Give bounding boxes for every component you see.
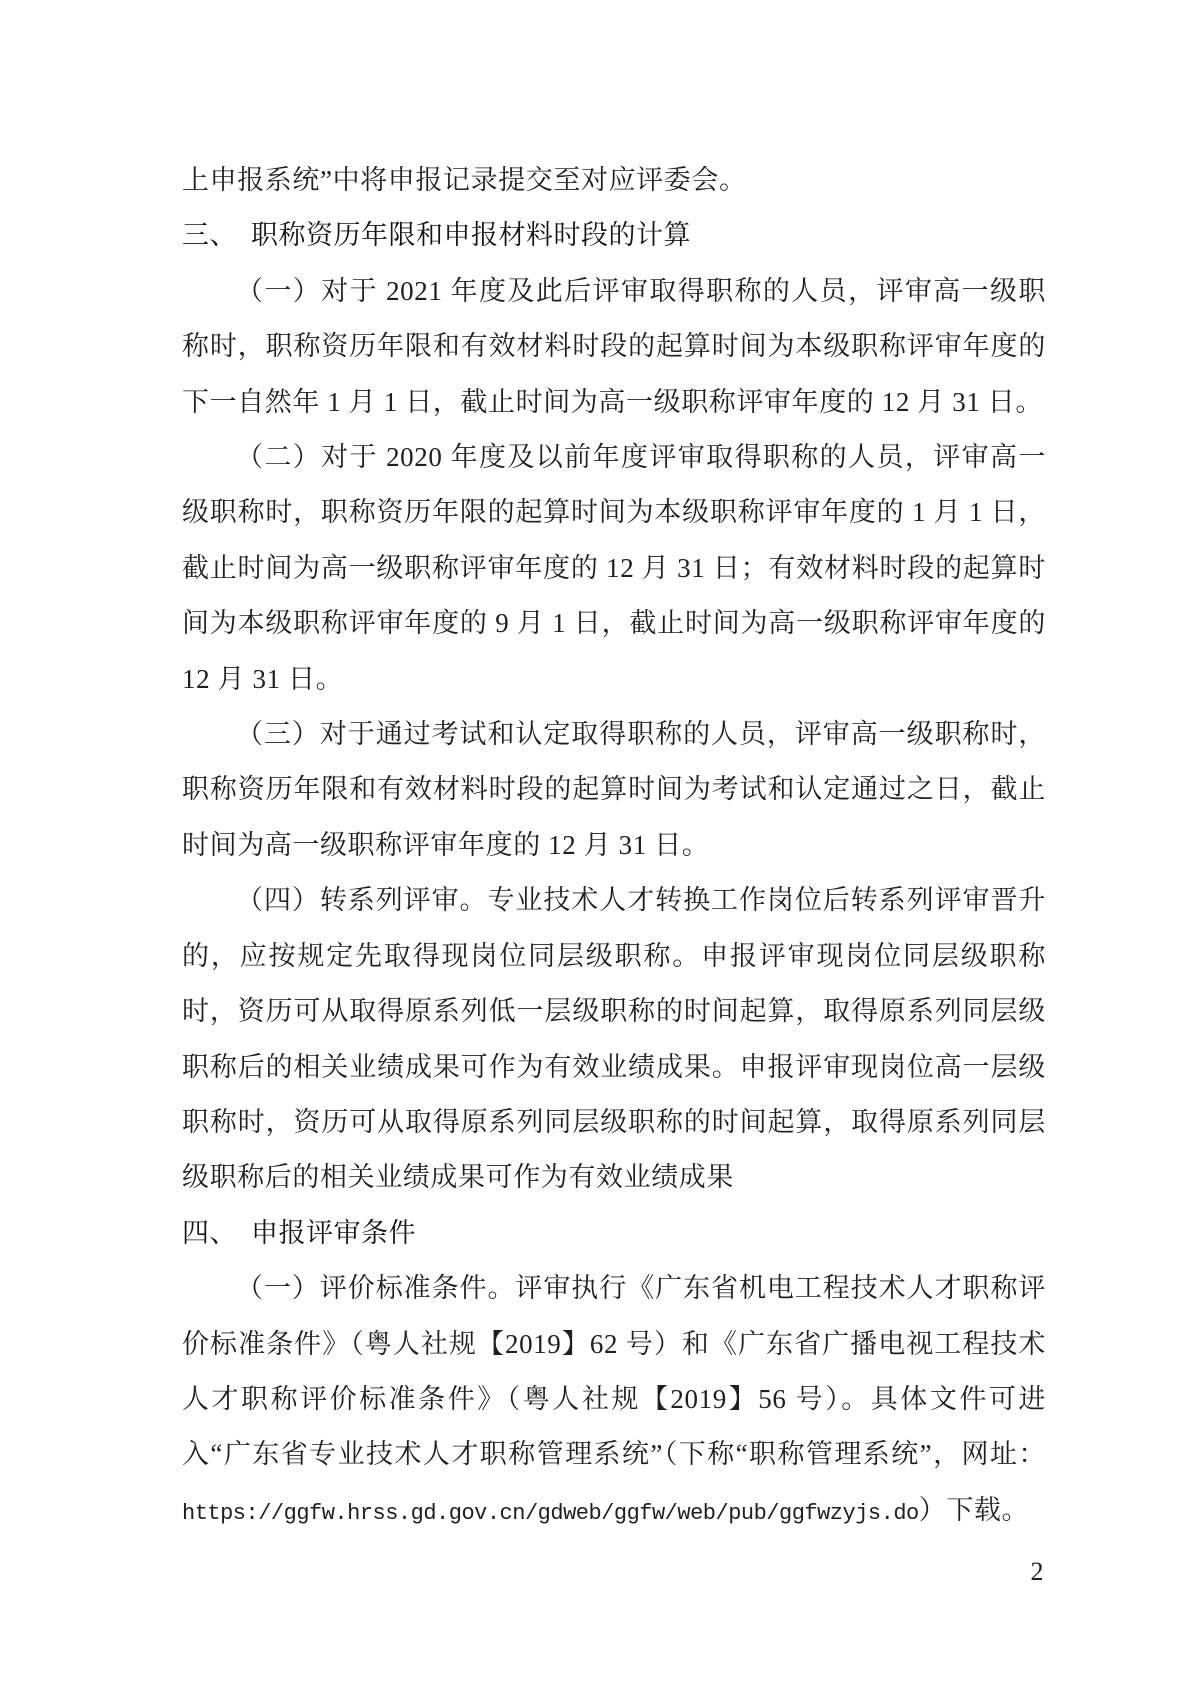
document-page: 上申报系统”中将申报记录提交至对应评委会。 三、 职称资历年限和申报材料时段的计…	[0, 0, 1190, 1683]
paragraph-continuation: 上申报系统”中将申报记录提交至对应评委会。	[182, 153, 1046, 208]
section-heading-four: 四、 申报评审条件	[182, 1206, 1046, 1261]
paragraph-text-after-url: ）下载。	[919, 1495, 1029, 1525]
paragraph-text-before-url: （一）评价标准条件。评审执行《广东省机电工程技术人才职称评价标准条件》（粤人社规…	[182, 1273, 1046, 1469]
paragraph-section3-item3: （三）对于通过考试和认定取得职称的人员，评审高一级职称时，职称资历年限和有效材料…	[182, 707, 1046, 873]
section-heading-three: 三、 职称资历年限和申报材料时段的计算	[182, 208, 1046, 263]
url-text: https://ggfw.hrss.gd.gov.cn/gdweb/ggfw/w…	[182, 1501, 919, 1526]
page-number: 2	[1022, 1552, 1052, 1592]
paragraph-section3-item2: （二）对于 2020 年度及以前年度评审取得职称的人员，评审高一级职称时，职称资…	[182, 430, 1046, 707]
paragraph-section3-item1: （一）对于 2021 年度及此后评审取得职称的人员，评审高一级职称时，职称资历年…	[182, 264, 1046, 430]
document-body: 上申报系统”中将申报记录提交至对应评委会。 三、 职称资历年限和申报材料时段的计…	[182, 153, 1046, 1541]
paragraph-section4-item1: （一）评价标准条件。评审执行《广东省机电工程技术人才职称评价标准条件》（粤人社规…	[182, 1261, 1046, 1541]
paragraph-section3-item4: （四）转系列评审。专业技术人才转换工作岗位后转系列评审晋升的，应按规定先取得现岗…	[182, 873, 1046, 1205]
